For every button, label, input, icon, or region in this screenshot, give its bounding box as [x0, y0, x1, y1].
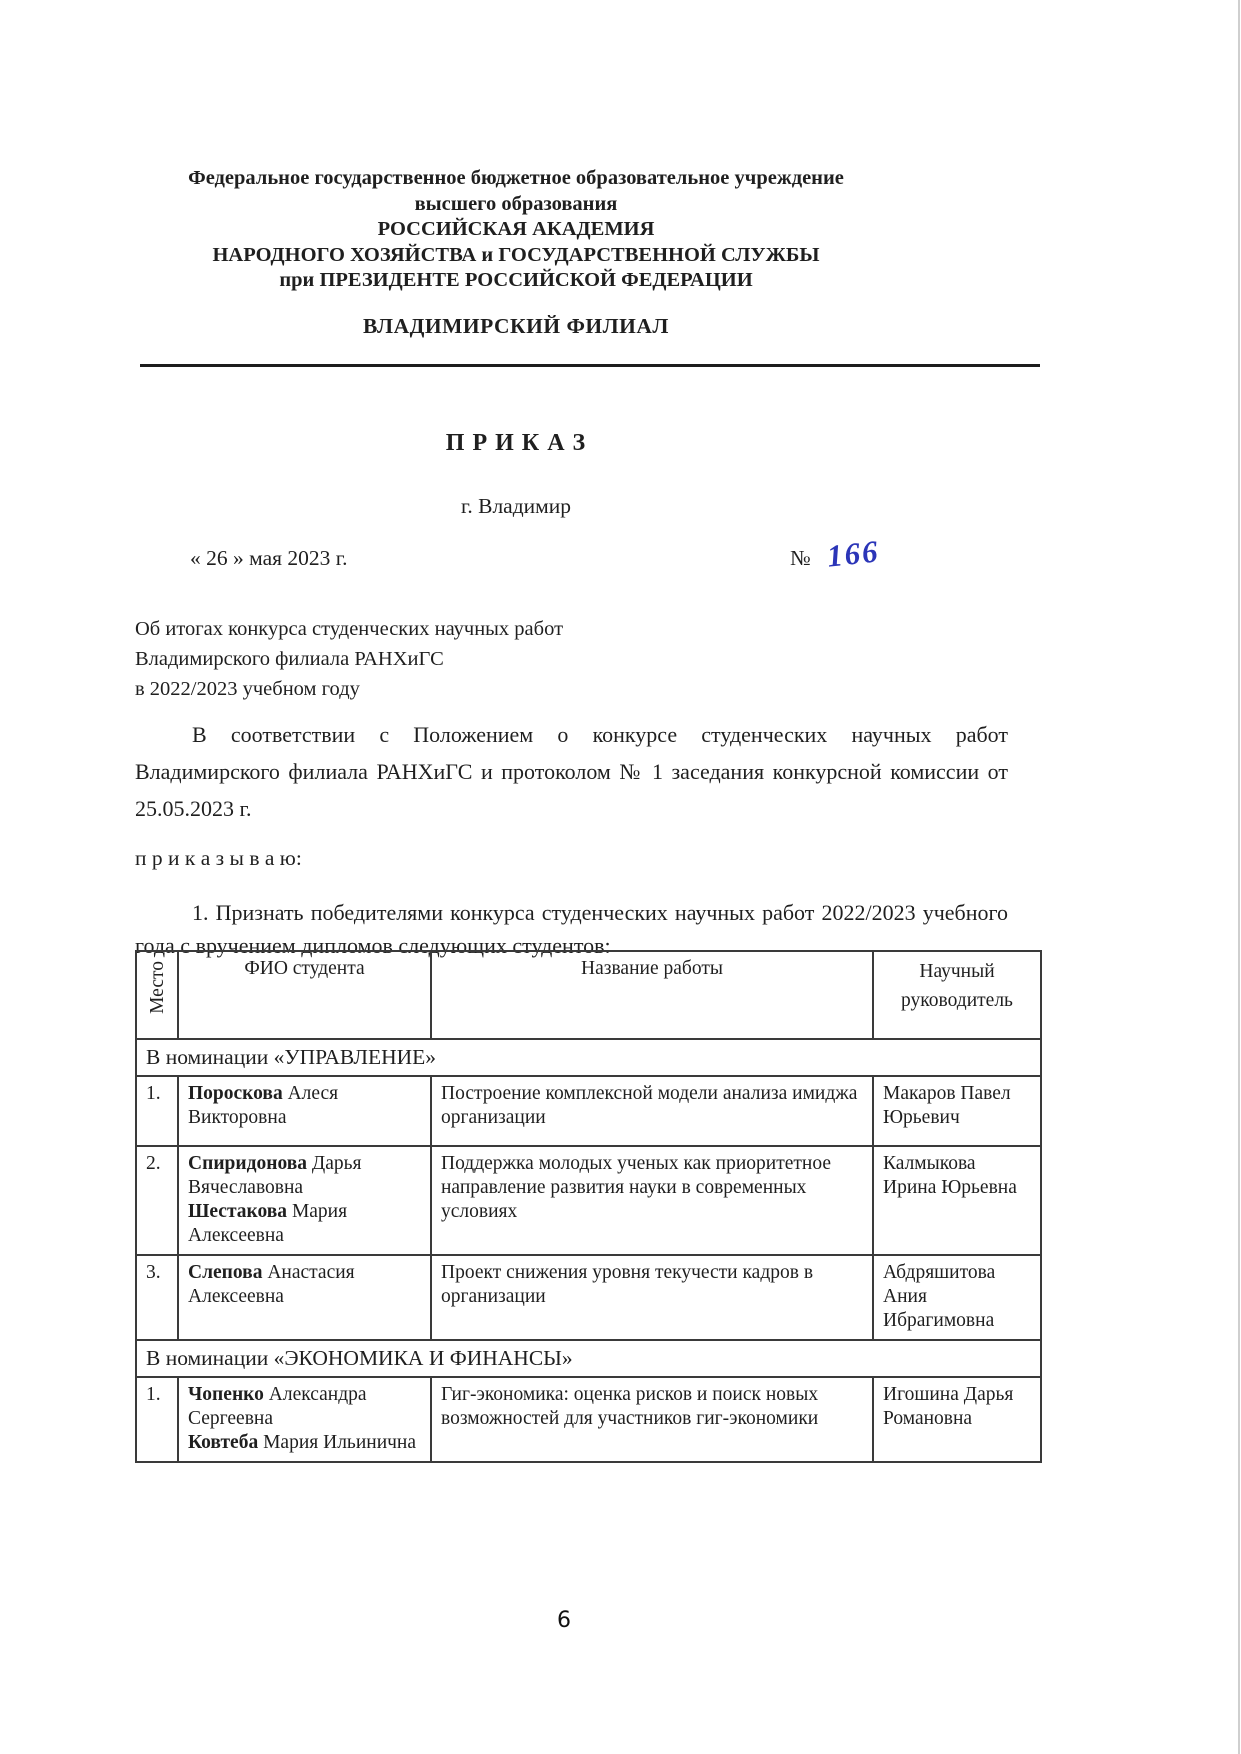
page-number: 6	[552, 1608, 576, 1633]
column-header-student: ФИО студента	[178, 951, 431, 1039]
student-surname: Шестакова	[188, 1201, 287, 1222]
column-header-supervisor: Научный руководитель	[873, 951, 1041, 1039]
student-surname: Чопенко	[188, 1384, 264, 1405]
student-surname: Слепова	[188, 1262, 262, 1283]
student-cell: Чопенко Александра Сергеевна Ковтеба Мар…	[178, 1377, 431, 1462]
decree-word: п р и к а з ы в а ю:	[135, 846, 1008, 871]
place-cell: 1.	[136, 1076, 178, 1146]
section-title: В номинации «ЭКОНОМИКА И ФИНАНСЫ»	[136, 1340, 1041, 1377]
supervisor-cell: Игошина Дарья Романовна	[873, 1377, 1041, 1462]
table-row: 1. Чопенко Александра Сергеевна Ковтеба …	[136, 1377, 1041, 1462]
section-title: В номинации «УПРАВЛЕНИЕ»	[136, 1039, 1041, 1076]
table-row: 2. Спиридонова Дарья Вячеславовна Шестак…	[136, 1146, 1041, 1255]
student-given-names: Мария Ильинична	[263, 1432, 416, 1453]
supervisor-cell: Абдряшитова Ания Ибрагимовна	[873, 1255, 1041, 1340]
section-row-management: В номинации «УПРАВЛЕНИЕ»	[136, 1039, 1041, 1076]
letterhead: Федеральное государственное бюджетное об…	[135, 166, 897, 294]
work-cell: Гиг-экономика: оценка рисков и поиск нов…	[431, 1377, 873, 1462]
student-name: Ковтеба Мария Ильинична	[188, 1431, 421, 1455]
order-subject-line-3: в 2022/2023 учебном году	[135, 674, 835, 704]
document-page: Федеральное государственное бюджетное об…	[0, 0, 1241, 1754]
student-cell: Слепова Анастасия Алексеевна	[178, 1255, 431, 1340]
section-row-economics: В номинации «ЭКОНОМИКА И ФИНАНСЫ»	[136, 1340, 1041, 1377]
order-subject-line-2: Владимирского филиала РАНХиГС	[135, 644, 835, 674]
table-header-row: Место ФИО студента Название работы Научн…	[136, 951, 1041, 1039]
place-cell: 3.	[136, 1255, 178, 1340]
org-name-line-5: при ПРЕЗИДЕНТЕ РОССИЙСКОЙ ФЕДЕРАЦИИ	[135, 268, 897, 294]
divider-rule	[140, 364, 1040, 367]
work-cell: Построение комплексной модели анализа им…	[431, 1076, 873, 1146]
order-city: г. Владимир	[135, 494, 897, 519]
org-name-line-1: Федеральное государственное бюджетное об…	[135, 166, 897, 192]
results-table: Место ФИО студента Название работы Научн…	[135, 950, 1042, 1463]
order-subject: Об итогах конкурса студенческих научных …	[135, 614, 835, 704]
place-cell: 2.	[136, 1146, 178, 1255]
order-number-handwritten: 166	[825, 533, 881, 574]
student-cell: Спиридонова Дарья Вячеславовна Шестакова…	[178, 1146, 431, 1255]
student-name: Чопенко Александра Сергеевна	[188, 1383, 421, 1431]
table-row: 3. Слепова Анастасия Алексеевна Проект с…	[136, 1255, 1041, 1340]
student-name: Шестакова Мария Алексеевна	[188, 1200, 421, 1248]
place-cell: 1.	[136, 1377, 178, 1462]
student-surname: Пороскова	[188, 1083, 283, 1104]
column-header-work: Название работы	[431, 951, 873, 1039]
org-name-line-4: НАРОДНОГО ХОЗЯЙСТВА и ГОСУДАРСТВЕННОЙ СЛ…	[135, 243, 897, 269]
supervisor-cell: Макаров Павел Юрьевич	[873, 1076, 1041, 1146]
table-row: 1. Пороскова Алеся Викторовна Построение…	[136, 1076, 1041, 1146]
order-number-label: №	[790, 546, 811, 571]
student-surname: Ковтеба	[188, 1432, 258, 1453]
order-subject-line-1: Об итогах конкурса студенческих научных …	[135, 614, 835, 644]
student-cell: Пороскова Алеся Викторовна	[178, 1076, 431, 1146]
column-header-place: Место	[136, 951, 178, 1039]
org-name-line-3: РОССИЙСКАЯ АКАДЕМИЯ	[135, 217, 897, 243]
order-title: П Р И К А З	[135, 430, 897, 457]
work-cell: Поддержка молодых ученых как приоритетно…	[431, 1146, 873, 1255]
branch-name: ВЛАДИМИРСКИЙ ФИЛИАЛ	[135, 314, 897, 339]
student-name: Слепова Анастасия Алексеевна	[188, 1261, 421, 1309]
student-name: Спиридонова Дарья Вячеславовна	[188, 1152, 421, 1200]
supervisor-cell: Калмыкова Ирина Юрьевна	[873, 1146, 1041, 1255]
org-name-line-2: высшего образования	[135, 192, 897, 218]
student-name: Пороскова Алеся Викторовна	[188, 1082, 421, 1130]
student-surname: Спиридонова	[188, 1153, 307, 1174]
work-cell: Проект снижения уровня текучести кадров …	[431, 1255, 873, 1340]
order-body-paragraph: В соответствии с Положением о конкурсе с…	[135, 716, 1008, 827]
order-date: « 26 » мая 2023 г.	[190, 546, 348, 571]
